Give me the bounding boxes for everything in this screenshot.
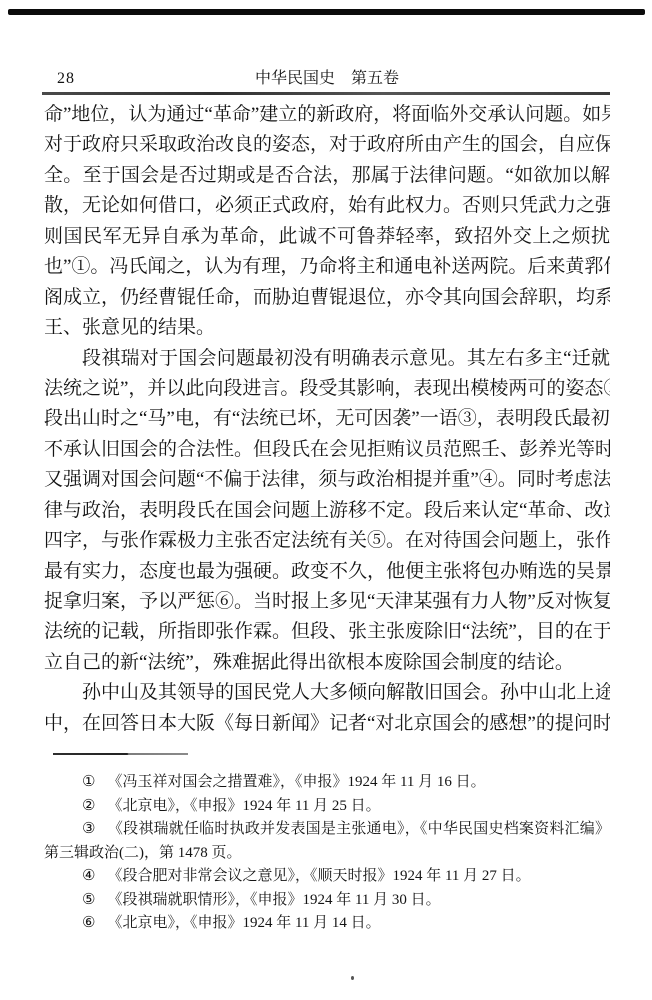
body-line: 阁成立，仍经曹锟任命，而胁迫曹锟退位，亦令其向国会辞职，均系采纳 [44, 283, 610, 313]
footnote-item: ⑤《段祺瑞就职情形》，《申报》1924 年 11 月 30 日。 [44, 889, 610, 913]
footnote-marker: ④ [82, 868, 95, 884]
footnote-marker: ⑥ [82, 915, 95, 931]
body-line: 律与政治，表明段氏在国会问题上游移不定。段后来认定“革命、改造” [44, 496, 610, 526]
footnote-text: 《段合肥对非常会议之意见》，《顺天时报》1924 年 11 月 27 日。 [107, 868, 530, 884]
body-line: 立自己的新“法统”，殊难据此得出欲根本废除国会制度的结论。 [44, 648, 610, 678]
running-title: 中华民国史第五卷 [44, 68, 610, 90]
body-line: 对于政府只采取政治改良的姿态，对于政府所由产生的国会，自应保 [44, 130, 610, 160]
footnote-divider [53, 753, 188, 755]
body-line: 捉拿归案，予以严惩⑥。当时报上多见“天津某强有力人物”反对恢复 [44, 587, 610, 617]
footnote-item: ⑥《北京电》，《申报》1924 年 11 月 14 日。 [44, 912, 610, 936]
scan-speck-artifact [351, 976, 354, 980]
body-line: 不承认旧国会的合法性。但段氏在会见拒贿议员范熙壬、彭养光等时， [44, 435, 610, 465]
footnote-item: ③《段祺瑞就任临时执政并发表国是主张通电》，《中华民国史档案资料汇编》 [44, 818, 610, 842]
footnote-marker: ③ [82, 821, 96, 837]
body-text: 命”地位，认为通过“革命”建立的新政府，将面临外交承认问题。如果对于政府只采取政… [44, 100, 610, 739]
body-line: 四字，与张作霖极力主张否定法统有关⑤。在对待国会问题上，张作霖 [44, 526, 610, 556]
footnote-text: 《段祺瑞就任临时执政并发表国是主张通电》，《中华民国史档案资料汇编》 [108, 821, 610, 837]
footnotes: ①《冯玉祥对国会之措置难》，《申报》1924 年 11 月 16 日。②《北京电… [44, 771, 610, 936]
running-title-volume: 第五卷 [351, 70, 399, 87]
footnote-item: ①《冯玉祥对国会之措置难》，《申报》1924 年 11 月 16 日。 [44, 771, 610, 795]
body-line: 段出山时之“马”电，有“法统已坏，无可因袭”一语③，表明段氏最初并 [44, 404, 610, 434]
footnote-text: 《冯玉祥对国会之措置难》，《申报》1924 年 11 月 16 日。 [107, 774, 485, 790]
body-line: 全。至于国会是否过期或是否合法，那属于法律问题。“如欲加以解 [44, 161, 610, 191]
footnote-text: 《北京电》，《申报》1924 年 11 月 14 日。 [107, 915, 380, 931]
running-title-book: 中华民国史 [255, 70, 335, 87]
book-page: 28 中华民国史第五卷 命”地位，认为通过“革命”建立的新政府，将面临外交承认问… [0, 0, 652, 1000]
footnote-marker: ① [82, 774, 95, 790]
body-line: 法统之说”，并以此向段进言。段受其影响，表现出模棱两可的姿态②。 [44, 374, 610, 404]
footnote-item: ②《北京电》，《申报》1924 年 11 月 25 日。 [44, 795, 610, 819]
body-line: 散，无论如何借口，必须正式政府，始有此权力。否则只凭武力之强迫， [44, 191, 610, 221]
body-line: 命”地位，认为通过“革命”建立的新政府，将面临外交承认问题。如果 [44, 100, 610, 130]
header-rule [42, 92, 610, 95]
body-line: 段祺瑞对于国会问题最初没有明确表示意见。其左右多主“迁就 [44, 344, 610, 374]
footnote-continuation: 第三辑政治(二)，第 1478 页。 [44, 842, 610, 866]
body-line: 则国民军无异自承为革命，此诚不可鲁莽轻率，致招外交上之烦扰 [44, 222, 610, 252]
body-line: 法统的记载，所指即张作霖。但段、张主张废除旧“法统”，目的在于建 [44, 617, 610, 647]
footnote-text: 《北京电》，《申报》1924 年 11 月 25 日。 [107, 798, 380, 814]
page-header: 28 中华民国史第五卷 [44, 68, 610, 90]
body-line: 孙中山及其领导的国民党人大多倾向解散旧国会。孙中山北上途 [44, 678, 610, 708]
body-line: 最有实力，态度也最为强硬。政变不久，他便主张将包办贿选的吴景濂 [44, 557, 610, 587]
footnote-item: ④《段合肥对非常会议之意见》，《顺天时报》1924 年 11 月 27 日。 [44, 865, 610, 889]
footnote-marker: ② [82, 798, 95, 814]
body-line: 又强调对国会问题“不偏于法律，须与政治相提并重”④。同时考虑法 [44, 465, 610, 495]
body-line: 王、张意见的结果。 [44, 313, 610, 343]
footnote-marker: ⑤ [82, 892, 95, 908]
body-line: 也”①。冯氏闻之，认为有理，乃命将主和通电补送两院。后来黄郛代 [44, 252, 610, 282]
footnote-text: 《段祺瑞就职情形》，《申报》1924 年 11 月 30 日。 [107, 892, 440, 908]
scan-edge-artifact [8, 9, 645, 15]
body-line: 中，在回答日本大阪《每日新闻》记者“对北京国会的感想”的提问时说： [44, 709, 610, 739]
